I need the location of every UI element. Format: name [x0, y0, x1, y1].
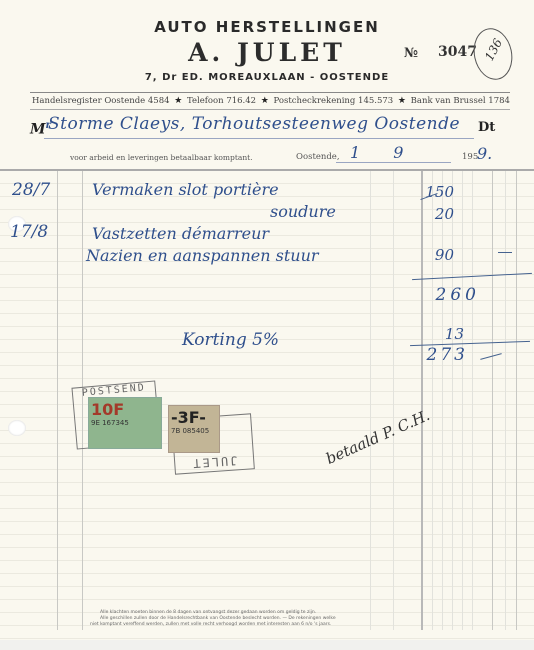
- ledger-column-line: [57, 171, 58, 630]
- star-icon: ★: [174, 96, 182, 106]
- discount-label: Korting 5%: [182, 330, 279, 350]
- company-address: 7, Dr ED. MOREAUXLAAN - OOSTENDE: [0, 72, 534, 83]
- place-label: Oostende,: [296, 152, 340, 162]
- item-description: Nazien en aanspannen stuur: [86, 246, 319, 265]
- stamp-serial: 7B 085405: [171, 427, 217, 435]
- item-description: soudure: [270, 202, 336, 221]
- ledger-column-line: [516, 171, 517, 630]
- ledger-column-line: [393, 171, 394, 630]
- ledger-column-line: [462, 171, 463, 630]
- item-amount: 90: [394, 246, 454, 264]
- invoice-number-label: №: [404, 46, 418, 61]
- invoice-number: 3047: [438, 44, 477, 60]
- debit-label: Dt: [478, 120, 495, 135]
- ledger-column-line: [370, 171, 371, 630]
- ledger-column-line: [472, 171, 473, 630]
- invoice-page: AUTO HERSTELLINGEN A. JULET 7, Dr ED. MO…: [0, 0, 534, 640]
- ledger-column-line: [492, 171, 493, 630]
- company-info-row: Handelsregister Oostende 4584 ★ Telefoon…: [32, 96, 510, 106]
- revenue-stamp-10f: 10F 9E 167345: [88, 397, 162, 449]
- star-icon: ★: [398, 96, 406, 106]
- circled-annotation-text: 136: [482, 36, 505, 63]
- invoice-date: 1 9: [350, 143, 417, 162]
- info-bank: Bank van Brussel 1784: [411, 96, 510, 106]
- header-rule-top: [30, 92, 510, 93]
- ledger-column-line: [452, 171, 453, 630]
- item-description: Vastzetten démarreur: [92, 224, 269, 243]
- customer-underline: [44, 138, 474, 139]
- discount-amount: 13: [404, 325, 464, 343]
- punch-hole: [8, 420, 26, 436]
- star-icon: ★: [261, 96, 269, 106]
- total-amount: 273: [408, 345, 468, 365]
- stamp-denomination: 10F: [91, 400, 159, 419]
- ledger-amount-column-line: [421, 171, 423, 630]
- item-description: Vermaken slot portière: [92, 180, 279, 199]
- stamp-denomination: -3F-: [171, 408, 217, 427]
- revenue-stamp-3f: -3F- 7B 085405: [168, 405, 220, 453]
- year-prefix: 195: [462, 152, 478, 162]
- item-date: 28/7: [12, 180, 50, 200]
- pen-stroke: [498, 252, 512, 253]
- rubber-stamp-text: JULET: [191, 453, 238, 470]
- ledger-column-line: [432, 171, 433, 630]
- item-amount: 20: [394, 205, 454, 223]
- header-rule-bottom: [30, 109, 510, 110]
- stamp-serial: 9E 167345: [91, 419, 159, 427]
- info-trade-register: Handelsregister Oostende 4584: [32, 96, 170, 106]
- item-date: 17/8: [10, 222, 48, 242]
- date-underline: [336, 162, 451, 163]
- subtotal-amount: 260: [420, 285, 480, 305]
- ledger-column-line: [505, 171, 506, 630]
- year-suffix: 9.: [477, 144, 492, 163]
- info-telephone: Telefoon 716.42: [187, 96, 256, 106]
- payment-terms: voor arbeid en leveringen betaalbaar kom…: [70, 153, 253, 162]
- footer-terms: Alle klachten moeten binnen de 8 dagen v…: [90, 610, 430, 628]
- business-type: AUTO HERSTELLINGEN: [0, 18, 534, 36]
- info-postcheck: Postcheckrekening 145.573: [274, 96, 394, 106]
- addressee-prefix-letter: M: [30, 122, 46, 138]
- ledger-column-line: [442, 171, 443, 630]
- customer-name: Storme Claeys, Torhoutsesteenweg Oostend…: [48, 114, 460, 134]
- footer-line: niet komptant vereffend werden, zullen m…: [90, 622, 430, 628]
